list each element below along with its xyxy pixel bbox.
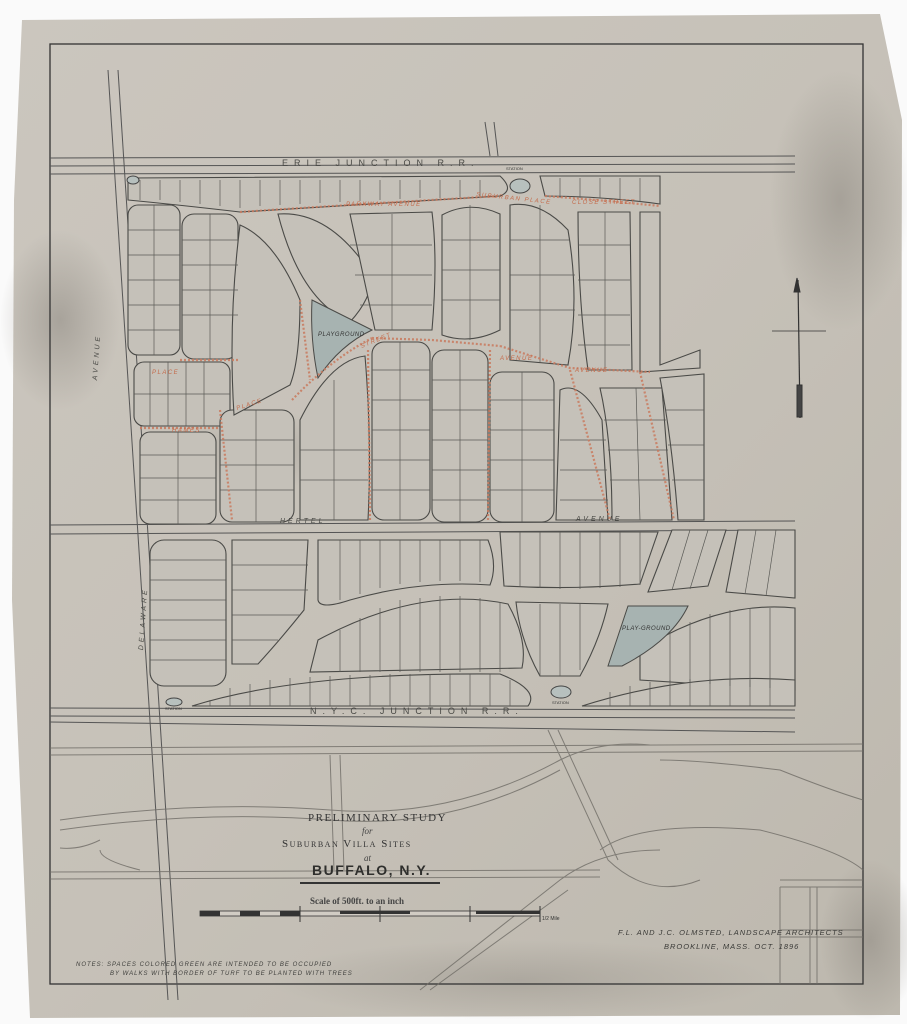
erie-railroad-label: ERIE JUNCTION R.R. [282, 158, 480, 168]
title-line-5: BUFFALO, N.Y. [312, 862, 431, 878]
hertel-avenue-label-left: HERTEL [280, 518, 326, 525]
street-label: HAMES [172, 428, 201, 434]
title-line-2: for [362, 826, 373, 836]
street-label: CLOSE STREET [572, 200, 636, 206]
hertel-avenue-label-right: AVENUE [576, 516, 622, 523]
playground-south-label: PLAY-GROUND [622, 626, 671, 632]
street-label: AVENUE [575, 368, 608, 374]
playground-north-label: PLAYGROUND [318, 332, 365, 338]
scale-end-label: 1/2 Mile [542, 916, 560, 922]
title-line-1: PRELIMINARY STUDY [308, 812, 447, 824]
map-drawing [0, 0, 907, 1024]
credit-line-2: BROOKLINE, MASS. OCT. 1896 [664, 942, 799, 951]
street-label: PARKWAY AVENUE [346, 202, 422, 208]
notes-line-2: BY WALKS WITH BORDER OF TURF TO BE PLANT… [110, 971, 353, 977]
map-sheet: ERIE JUNCTION R.R. N.Y.C. JUNCTION R.R. … [0, 0, 907, 1024]
nyc-railroad-label: N.Y.C. JUNCTION R.R. [310, 706, 524, 716]
title-line-3: Suburban Villa Sites [282, 838, 412, 850]
station-south-label: STATION [552, 700, 569, 705]
street-label: PLACE [152, 370, 179, 376]
street-label: AVENUE [500, 356, 533, 362]
station-north-label: STATION [506, 166, 523, 171]
station-west-label: STATION [165, 706, 182, 711]
scale-label: Scale of 500ft. to an inch [310, 896, 404, 906]
credit-line-1: F.L. AND J.C. OLMSTED, LANDSCAPE ARCHITE… [618, 928, 844, 937]
notes-line-1: NOTES: SPACES COLORED GREEN ARE INTENDED… [76, 962, 332, 968]
